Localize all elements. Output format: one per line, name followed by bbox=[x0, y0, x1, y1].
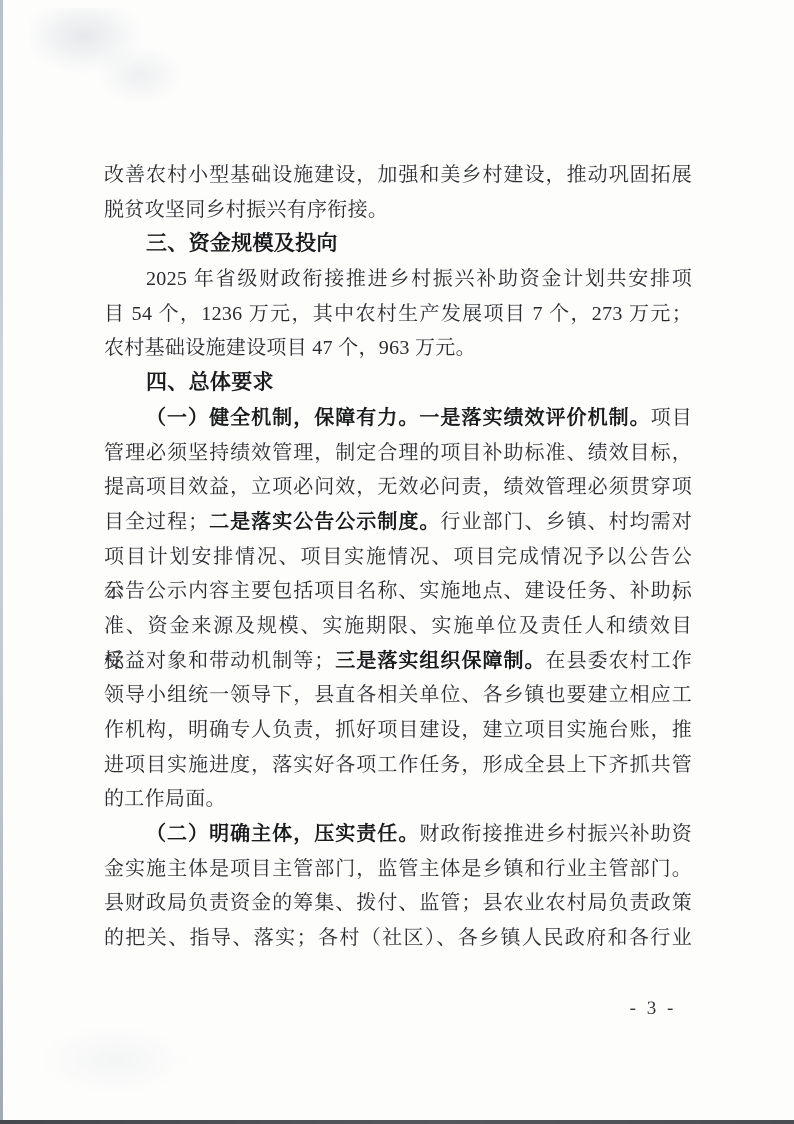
text-run: 项目 bbox=[651, 407, 692, 429]
scan-edge-left bbox=[0, 0, 3, 1124]
text-run: 的把关、指导、落实；各村（社区）、各乡镇人民政府和各行业 bbox=[104, 927, 692, 949]
page-number: - 3 - bbox=[608, 998, 698, 1020]
text-run: 2025 年省级财政衔接推进乡村振兴补助资金计划共安排项 bbox=[146, 268, 692, 290]
section-heading: 三、资金规模及投向 bbox=[104, 227, 692, 262]
body-line: 脱贫攻坚同乡村振兴有序衔接。 bbox=[104, 193, 692, 228]
scan-smudge bbox=[40, 1025, 190, 1095]
scan-smudge bbox=[95, 45, 185, 105]
section-heading: 四、总体要求 bbox=[104, 366, 692, 401]
bold-run: 二是落实公告公示制度。 bbox=[208, 511, 440, 533]
body-line: 2025 年省级财政衔接推进乡村振兴补助资金计划共安排项 bbox=[104, 262, 692, 297]
body-line: 金实施主体是项目主管部门，监管主体是乡镇和行业主管部门。 bbox=[104, 852, 692, 887]
body-line: 目全过程；二是落实公告公示制度。行业部门、乡镇、村均需对 bbox=[104, 505, 692, 540]
heading-run: 三、资金规模及投向 bbox=[146, 232, 338, 255]
text-run: 提高项目效益，立项必问效，无效必问责，绩效管理必须贯穿项 bbox=[104, 476, 692, 498]
body-line: （二）明确主体，压实责任。财政衔接推进乡村振兴补助资 bbox=[104, 817, 692, 852]
body-line: （一）健全机制，保障有力。一是落实绩效评价机制。项目 bbox=[104, 401, 692, 436]
scan-smudge bbox=[30, 8, 150, 78]
text-run: 受益对象和带动机制等； bbox=[104, 650, 335, 672]
text-run: 脱贫攻坚同乡村振兴有序衔接。 bbox=[104, 199, 388, 221]
bold-run: （一）健全机制，保障有力。一是落实绩效评价机制。 bbox=[146, 407, 651, 429]
body-line: 目 54 个，1236 万元，其中农村生产发展项目 7 个，273 万元； bbox=[104, 297, 692, 332]
body-line: 进项目实施进度，落实好各项工作任务，形成全县上下齐抓共管 bbox=[104, 748, 692, 783]
text-run: 公告公示内容主要包括项目名称、实施地点、建设任务、补助标 bbox=[104, 580, 692, 602]
text-run: 在县委农村工作 bbox=[546, 650, 692, 672]
text-run: 管理必须坚持绩效管理，制定合理的项目补助标准、绩效目标， bbox=[104, 442, 692, 464]
body-line: 县财政局负责资金的筹集、拨付、监管；县农业农村局负责政策 bbox=[104, 886, 692, 921]
text-run: 作机构，明确专人负责，抓好项目建设，建立项目实施台账，推 bbox=[104, 719, 692, 741]
text-run: 县财政局负责资金的筹集、拨付、监管；县农业农村局负责政策 bbox=[104, 892, 692, 914]
bold-run: （二）明确主体，压实责任。 bbox=[146, 823, 419, 845]
body-line: 的把关、指导、落实；各村（社区）、各乡镇人民政府和各行业 bbox=[104, 921, 692, 956]
body-line: 作机构，明确专人负责，抓好项目建设，建立项目实施台账，推 bbox=[104, 713, 692, 748]
text-run: 财政衔接推进乡村振兴补助资 bbox=[419, 823, 692, 845]
scan-edge-bottom bbox=[0, 1120, 794, 1124]
bold-run: 三是落实组织保障制。 bbox=[335, 650, 546, 672]
text-run: 领导小组统一领导下，县直各相关单位、各乡镇也要建立相应工 bbox=[104, 684, 692, 706]
body-line: 的工作局面。 bbox=[104, 782, 692, 817]
heading-run: 四、总体要求 bbox=[146, 371, 274, 394]
body-line: 准、资金来源及规模、实施期限、实施单位及责任人和绩效目标、 bbox=[104, 609, 692, 644]
body-line: 公告公示内容主要包括项目名称、实施地点、建设任务、补助标 bbox=[104, 574, 692, 609]
scanned-document-page: { "doc": { "lines": [ { "runs": ["改善农村小型… bbox=[0, 0, 794, 1124]
body-line: 项目计划安排情况、项目实施情况、项目完成情况予以公告公示， bbox=[104, 540, 692, 575]
text-run: 进项目实施进度，落实好各项工作任务，形成全县上下齐抓共管 bbox=[104, 754, 692, 776]
text-run: 行业部门、乡镇、村均需对 bbox=[440, 511, 692, 533]
text-run: 金实施主体是项目主管部门，监管主体是乡镇和行业主管部门。 bbox=[104, 858, 692, 880]
body-line: 提高项目效益，立项必问效，无效必问责，绩效管理必须贯穿项 bbox=[104, 470, 692, 505]
document-text-block: 改善农村小型基础设施建设，加强和美乡村建设，推动巩固拓展 脱贫攻坚同乡村振兴有序… bbox=[104, 158, 692, 956]
text-run: 的工作局面。 bbox=[104, 788, 226, 810]
body-line: 受益对象和带动机制等；三是落实组织保障制。在县委农村工作 bbox=[104, 644, 692, 679]
text-run: 目全过程； bbox=[104, 511, 208, 533]
body-line: 领导小组统一领导下，县直各相关单位、各乡镇也要建立相应工 bbox=[104, 678, 692, 713]
body-line: 改善农村小型基础设施建设，加强和美乡村建设，推动巩固拓展 bbox=[104, 158, 692, 193]
text-run: 改善农村小型基础设施建设，加强和美乡村建设，推动巩固拓展 bbox=[104, 164, 692, 186]
body-line: 农村基础设施建设项目 47 个，963 万元。 bbox=[104, 331, 692, 366]
text-run: 农村基础设施建设项目 47 个，963 万元。 bbox=[104, 337, 476, 359]
body-line: 管理必须坚持绩效管理，制定合理的项目补助标准、绩效目标， bbox=[104, 436, 692, 471]
text-run: 目 54 个，1236 万元，其中农村生产发展项目 7 个，273 万元； bbox=[104, 303, 692, 325]
